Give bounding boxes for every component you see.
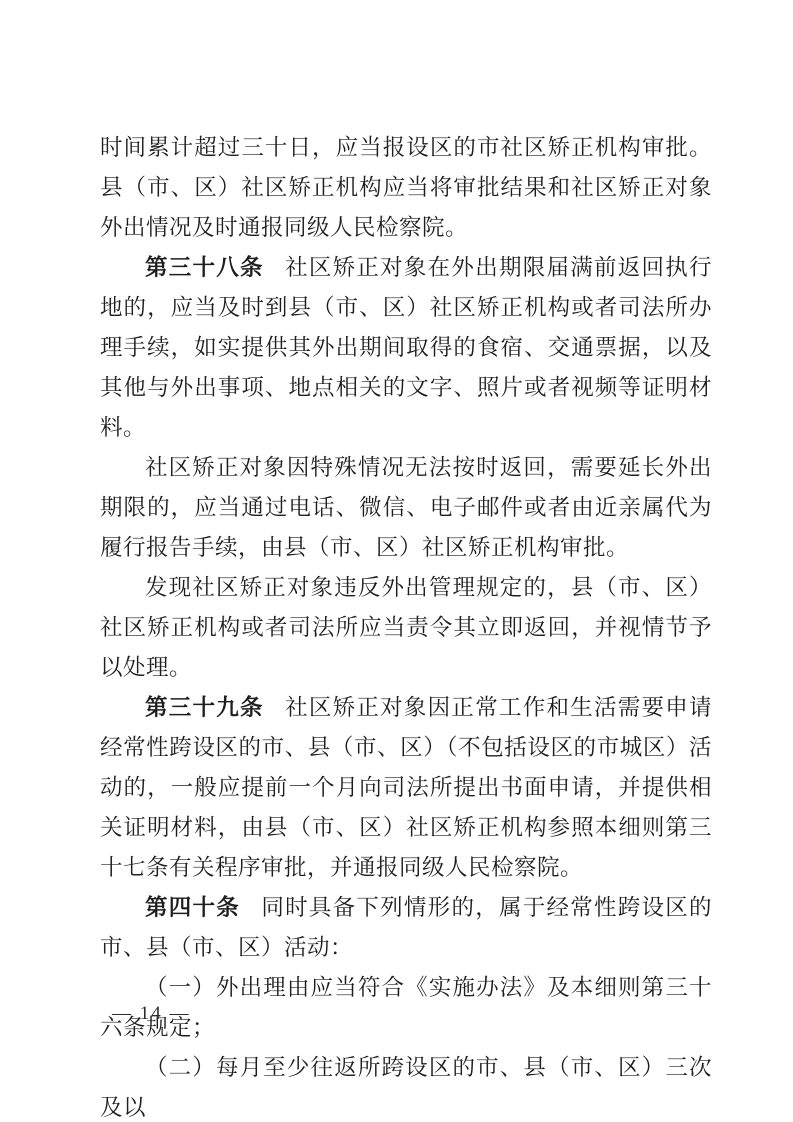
document-page: 时间累计超过三十日，应当报设区的市社区矫正机构审批。县（市、区）社区矫正机构应当… — [0, 0, 793, 1122]
document-body: 时间累计超过三十日，应当报设区的市社区矫正机构审批。县（市、区）社区矫正机构应当… — [100, 128, 712, 1122]
article-38-heading: 第三十八条 — [145, 255, 264, 280]
paragraph-item-1: （一）外出理由应当符合《实施办法》及本细则第三十六条规定； — [100, 968, 712, 1048]
paragraph-text: （一）外出理由应当符合《实施办法》及本细则第三十六条规定； — [100, 975, 712, 1040]
paragraph-item-2: （二）每月至少往返所跨设区的市、县（市、区）三次及以 — [100, 1048, 712, 1122]
paragraph-article-38-clause-3: 发现社区矫正对象违反外出管理规定的，县（市、区）社区矫正机构或者司法所应当责令其… — [100, 568, 712, 688]
page-number: — 14 — — [112, 1001, 191, 1027]
paragraph-text: 发现社区矫正对象违反外出管理规定的，县（市、区）社区矫正机构或者司法所应当责令其… — [100, 575, 712, 680]
paragraph-text: 社区矫正对象在外出期限届满前返回执行地的，应当及时到县（市、区）社区矫正机构或者… — [100, 255, 712, 440]
paragraph-text: 时间累计超过三十日，应当报设区的市社区矫正机构审批。县（市、区）社区矫正机构应当… — [100, 135, 712, 240]
paragraph-continuation: 时间累计超过三十日，应当报设区的市社区矫正机构审批。县（市、区）社区矫正机构应当… — [100, 128, 712, 248]
paragraph-text: （二）每月至少往返所跨设区的市、县（市、区）三次及以 — [100, 1055, 712, 1120]
paragraph-article-38: 第三十八条社区矫正对象在外出期限届满前返回执行地的，应当及时到县（市、区）社区矫… — [100, 248, 712, 448]
paragraph-text: 社区矫正对象因特殊情况无法按时返回，需要延长外出期限的，应当通过电话、微信、电子… — [100, 455, 712, 560]
paragraph-article-40: 第四十条同时具备下列情形的，属于经常性跨设区的市、县（市、区）活动： — [100, 888, 712, 968]
article-40-heading: 第四十条 — [145, 895, 240, 920]
paragraph-article-39: 第三十九条社区矫正对象因正常工作和生活需要申请经常性跨设区的市、县（市、区）（不… — [100, 688, 712, 888]
paragraph-text: 社区矫正对象因正常工作和生活需要申请经常性跨设区的市、县（市、区）（不包括设区的… — [100, 695, 712, 880]
article-39-heading: 第三十九条 — [145, 695, 264, 720]
paragraph-article-38-clause-2: 社区矫正对象因特殊情况无法按时返回，需要延长外出期限的，应当通过电话、微信、电子… — [100, 448, 712, 568]
